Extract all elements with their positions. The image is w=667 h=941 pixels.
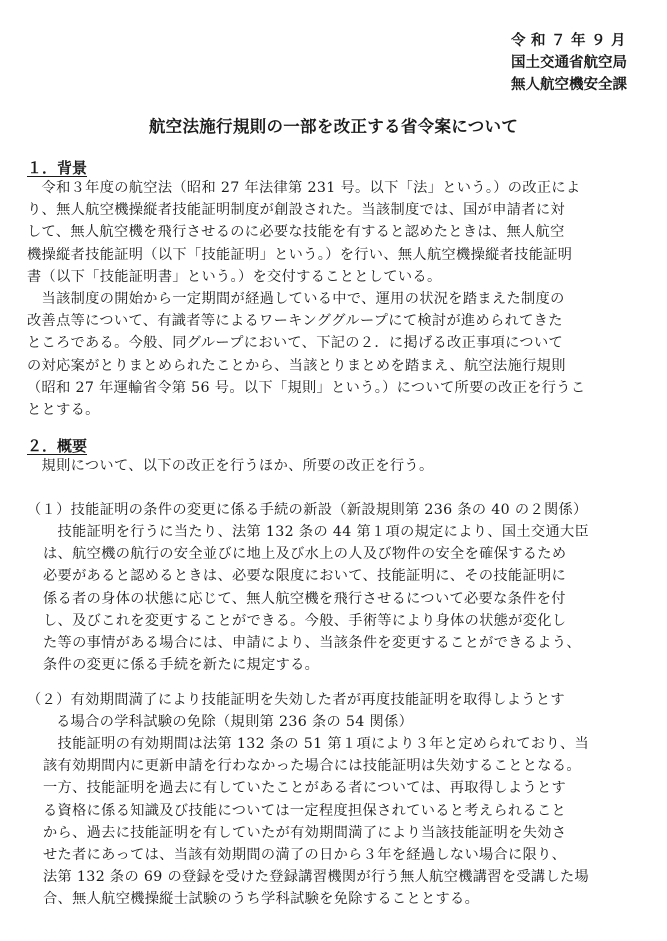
- text-line: 当該制度の開始から一定期間が経過している中で、運用の状況を踏まえた制度の: [27, 288, 585, 310]
- text-line: 係る者の身体の状態に応じて、無人航空機を飛行させるについて必要な条件を付: [43, 588, 589, 610]
- text-line: 改善点等について、有識者等によるワーキンググループにて検討が進められてきた: [27, 310, 585, 332]
- document-title: 航空法施行規則の一部を改正する省令案について: [0, 113, 667, 137]
- item-2-title: （２）有効期間満了により技能証明を失効した者が再度技能証明を取得しようとす る場…: [27, 689, 565, 733]
- text-line: （昭和 27 年運輸省令第 56 号。以下「規則」という。）について所要の改正を…: [27, 377, 585, 399]
- text-line: 技能証明を行うに当たり、法第 132 条の 44 第１項の規定により、国土交通大…: [43, 521, 589, 543]
- text-line: 条件の変更に係る手続を新たに規定する。: [43, 654, 589, 676]
- text-line: 機操縦者技能証明（以下「技能証明」という。）を行い、無人航空機操縦者技能証明: [27, 244, 581, 266]
- section-heading-overview: ２．概要: [27, 435, 87, 456]
- item-2-body: 技能証明の有効期間は法第 132 条の 51 第１項により３年と定められており、…: [43, 733, 589, 911]
- text-line: （１）技能証明の条件の変更に係る手続の新設（新設規則第 236 条の 40 の２…: [27, 499, 588, 521]
- text-line: 書（以下「技能証明書」という。）を交付することとしている。: [27, 266, 581, 288]
- background-paragraph-2: 当該制度の開始から一定期間が経過している中で、運用の状況を踏まえた制度の 改善点…: [27, 288, 585, 421]
- text-line: 必要があると認めるときは、必要な限度において、技能証明に、その技能証明に: [43, 565, 589, 587]
- text-line: 合、無人航空機操縦士試験のうち学科試験を免除することとする。: [43, 888, 589, 910]
- text-line: 該有効期間内に更新申請を行わなかった場合には技能証明は失効することとなる。: [43, 755, 589, 777]
- text-line: ところである。今般、同グループにおいて、下記の２．に掲げる改正事項について: [27, 332, 585, 354]
- text-line: から、過去に技能証明を有していたが有効期間満了により当該技能証明を失効さ: [43, 822, 589, 844]
- issuer-division: 無人航空機安全課: [511, 74, 631, 96]
- text-line: ととする。: [27, 399, 585, 421]
- text-line: 技能証明の有効期間は法第 132 条の 51 第１項により３年と定められており、…: [43, 733, 589, 755]
- overview-intro: 規則について、以下の改正を行うほか、所要の改正を行う。: [27, 455, 433, 477]
- text-line: （２）有効期間満了により技能証明を失効した者が再度技能証明を取得しようとす: [27, 689, 565, 711]
- text-line: り、無人航空機操縦者技能証明制度が創設された。当該制度では、国が申請者に対: [27, 199, 581, 221]
- text-line: は、航空機の航行の安全並びに地上及び水上の人及び物件の安全を確保するため: [43, 543, 589, 565]
- text-line: 法第 132 条の 69 の登録を受けた登録講習機関が行う無人航空機講習を受講し…: [43, 866, 589, 888]
- text-line: た等の事情がある場合には、申請により、当該条件を変更することができるよう、: [43, 632, 589, 654]
- text-line: る場合の学科試験の免除（規則第 236 条の 54 関係）: [27, 711, 565, 733]
- item-1-body: 技能証明を行うに当たり、法第 132 条の 44 第１項の規定により、国土交通大…: [43, 521, 589, 676]
- section-heading-background: １．背景: [27, 157, 87, 178]
- text-line: 一方、技能証明を過去に有していたことがある者については、再取得しようとす: [43, 777, 589, 799]
- text-line: の対応案がとりまとめられたことから、当該とりまとめを踏まえ、航空法施行規則: [27, 355, 585, 377]
- issuer-bureau: 国土交通省航空局: [511, 52, 631, 74]
- issuer-block: 令和７年９月 国土交通省航空局 無人航空機安全課: [511, 30, 631, 96]
- text-line: る資格に係る知識及び技能については一定程度担保されていると考えられること: [43, 800, 589, 822]
- text-line: 令和３年度の航空法（昭和 27 年法律第 231 号。以下「法」という。）の改正…: [27, 177, 581, 199]
- text-line: して、無人航空機を飛行させるのに必要な技能を有すると認めたときは、無人航空: [27, 221, 581, 243]
- text-line: せた者にあっては、当該有効期間の満了の日から３年を経過しない場合に限り、: [43, 844, 589, 866]
- text-line: し、及びこれを変更することができる。今般、手術等により身体の状態が変化し: [43, 610, 589, 632]
- issue-date: 令和７年９月: [511, 30, 631, 52]
- text-line: 規則について、以下の改正を行うほか、所要の改正を行う。: [27, 455, 433, 477]
- item-1-title: （１）技能証明の条件の変更に係る手続の新設（新設規則第 236 条の 40 の２…: [27, 499, 588, 521]
- background-paragraph-1: 令和３年度の航空法（昭和 27 年法律第 231 号。以下「法」という。）の改正…: [27, 177, 581, 288]
